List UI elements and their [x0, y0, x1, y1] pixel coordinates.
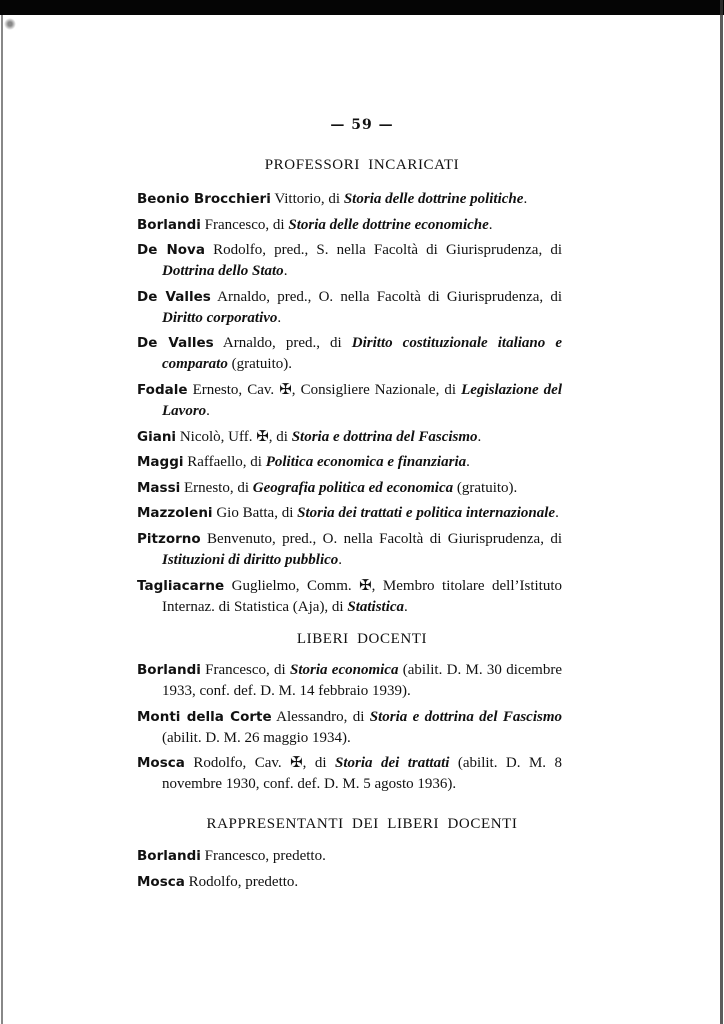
course-subject: Storia e dottrina del Fascismo [292, 429, 478, 445]
list-item: Borlandi Francesco, di Storia economica … [137, 660, 562, 702]
person-surname: De Valles [137, 289, 211, 305]
list-item: De Nova Rodolfo, pred., S. nella Facoltà… [137, 240, 562, 282]
list-item: Pitzorno Benvenuto, pred., O. nella Faco… [137, 529, 562, 571]
list-item: Fodale Ernesto, Cav. ✠, Consigliere Nazi… [137, 380, 562, 422]
list-item: Monti della Corte Alessandro, di Storia … [137, 707, 562, 749]
scan-artifact [3, 17, 17, 31]
person-details: Raffaello, di [184, 454, 266, 470]
entry-notes: . [466, 454, 470, 470]
person-surname: Giani [137, 429, 176, 445]
person-details: Rodolfo, pred., S. nella Facoltà di Giur… [205, 242, 562, 258]
list-item: Mosca Rodolfo, Cav. ✠, di Storia dei tra… [137, 753, 562, 795]
course-subject: Storia economica [290, 662, 398, 678]
list-item: De Valles Arnaldo, pred., O. nella Facol… [137, 287, 562, 329]
person-surname: Borlandi [137, 217, 201, 233]
person-surname: Mazzoleni [137, 505, 213, 521]
person-details: Ernesto, di [180, 480, 253, 496]
entry-notes: . [523, 191, 527, 207]
entry-notes: . [489, 217, 493, 233]
entry-notes: . [206, 403, 210, 419]
person-details: Francesco, predetto. [201, 848, 326, 864]
course-subject: Statistica [347, 599, 404, 615]
person-details: Arnaldo, pred., O. nella Facoltà di Giur… [211, 289, 562, 305]
list-item: Beonio Brocchieri Vittorio, di Storia de… [137, 189, 562, 210]
entries-professori-incaricati: Beonio Brocchieri Vittorio, di Storia de… [137, 189, 562, 622]
entry-notes: (gratuito). [228, 356, 292, 372]
person-surname: Fodale [137, 382, 188, 398]
scan-top-border [0, 0, 724, 15]
list-item: De Valles Arnaldo, pred., di Diritto cos… [137, 333, 562, 375]
entry-notes: . [555, 505, 559, 521]
person-surname: De Valles [137, 335, 214, 351]
person-surname: Tagliacarne [137, 578, 224, 594]
entry-notes: . [277, 310, 281, 326]
person-details: Alessandro, di [272, 709, 370, 725]
list-item: Giani Nicolò, Uff. ✠, di Storia e dottri… [137, 427, 562, 448]
person-surname: Borlandi [137, 662, 201, 678]
section-heading-liberi-docenti: LIBERI DOCENTI [0, 631, 724, 648]
entry-notes: . [284, 263, 288, 279]
person-details: Gio Batta, di [213, 505, 298, 521]
list-item: Borlandi Francesco, di Storia delle dott… [137, 215, 562, 236]
list-item: Maggi Raffaello, di Politica economica e… [137, 452, 562, 473]
course-subject: Istituzioni di diritto pubblico [162, 552, 338, 568]
course-subject: Storia dei trattati [335, 755, 449, 771]
person-surname: Pitzorno [137, 531, 201, 547]
course-subject: Politica economica e finanziaria [266, 454, 466, 470]
list-item: Tagliacarne Guglielmo, Comm. ✠, Membro t… [137, 576, 562, 618]
section-heading-rappresentanti: RAPPRESENTANTI DEI LIBERI DOCENTI [0, 816, 724, 833]
list-item: Mosca Rodolfo, predetto. [137, 872, 562, 893]
list-item: Mazzoleni Gio Batta, di Storia dei tratt… [137, 503, 562, 524]
entry-notes: (gratuito). [453, 480, 517, 496]
person-details: Francesco, di [201, 217, 288, 233]
list-item: Borlandi Francesco, predetto. [137, 846, 562, 867]
course-subject: Storia delle dottrine economiche [288, 217, 488, 233]
person-surname: Beonio Brocchieri [137, 191, 271, 207]
section-heading-professori-incaricati: PROFESSORI INCARICATI [0, 157, 724, 174]
person-details: Vittorio, di [271, 191, 344, 207]
entries-rappresentanti: Borlandi Francesco, predetto.Mosca Rodol… [137, 846, 562, 897]
person-details: Arnaldo, pred., di [214, 335, 352, 351]
person-surname: Massi [137, 480, 180, 496]
scan-right-edge [720, 0, 723, 1024]
person-surname: Mosca [137, 874, 185, 890]
person-details: Rodolfo, Cav. ✠, di [185, 755, 335, 771]
person-surname: Monti della Corte [137, 709, 272, 725]
entry-notes: (abilit. D. M. 26 maggio 1934). [162, 730, 351, 746]
person-details: Francesco, di [201, 662, 290, 678]
course-subject: Storia e dottrina del Fascismo [370, 709, 562, 725]
entry-notes: . [404, 599, 408, 615]
entry-notes: . [478, 429, 482, 445]
person-details: Benvenuto, pred., O. nella Facoltà di Gi… [201, 531, 562, 547]
person-details: Nicolò, Uff. ✠, di [176, 429, 292, 445]
person-surname: Borlandi [137, 848, 201, 864]
person-details: Rodolfo, predetto. [185, 874, 298, 890]
entries-liberi-docenti: Borlandi Francesco, di Storia economica … [137, 660, 562, 800]
course-subject: Storia delle dottrine politiche [344, 191, 524, 207]
course-subject: Diritto corporativo [162, 310, 277, 326]
person-surname: De Nova [137, 242, 205, 258]
entry-notes: . [338, 552, 342, 568]
course-subject: Geografia politica ed economica [253, 480, 453, 496]
person-surname: Mosca [137, 755, 185, 771]
course-subject: Storia dei trattati e politica internazi… [297, 505, 555, 521]
person-surname: Maggi [137, 454, 184, 470]
person-details: Ernesto, Cav. ✠, Consigliere Nazionale, … [188, 382, 462, 398]
list-item: Massi Ernesto, di Geografia politica ed … [137, 478, 562, 499]
page-number: — 59 — [0, 117, 724, 133]
course-subject: Dottrina dello Stato [162, 263, 284, 279]
